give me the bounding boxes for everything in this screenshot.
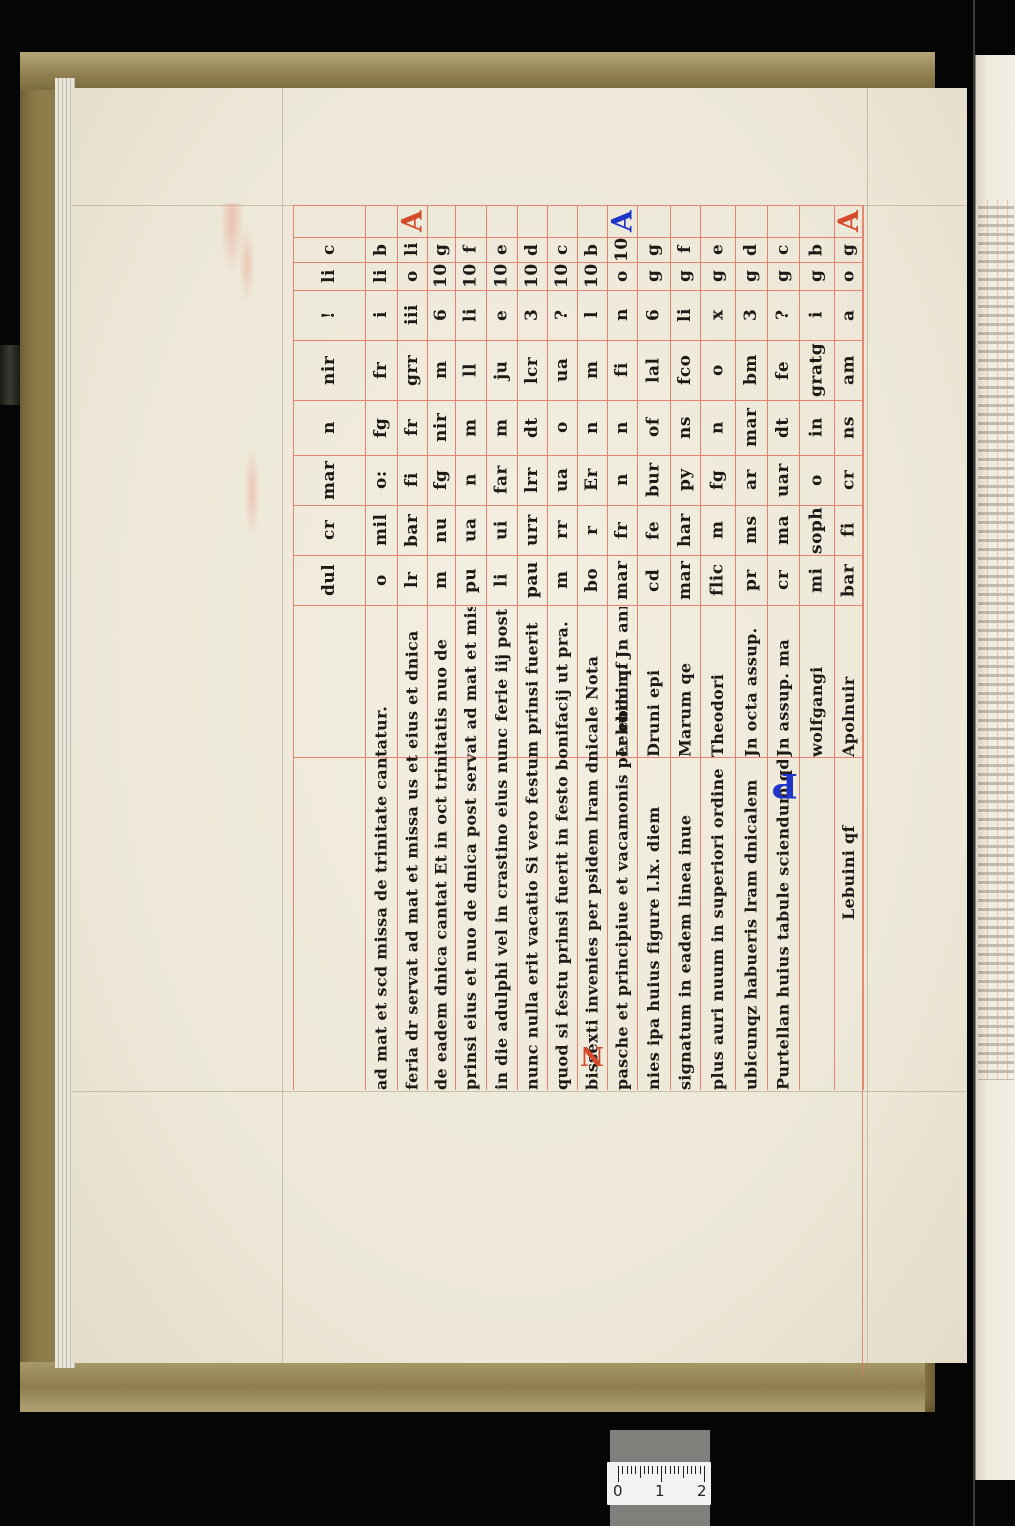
- ruler-tick: [618, 1466, 619, 1482]
- ruler-tick: [691, 1466, 692, 1474]
- table-cell: fe: [767, 340, 799, 400]
- table-cell: g: [735, 262, 767, 290]
- table-cell: mar: [670, 555, 700, 605]
- bleed-through-red: [202, 203, 302, 543]
- table-cell: pr: [735, 555, 767, 605]
- table-cell: e: [486, 290, 517, 340]
- prose-line: ubicunqz habueris lram dnicalem: [735, 760, 767, 1090]
- table-cell: cr: [293, 505, 365, 555]
- table-cell: c: [293, 237, 365, 262]
- table-cell: fe: [637, 505, 670, 555]
- calendar-table: Agoaamnscrfibarbgigratginosophmicg?fedtu…: [293, 205, 863, 1090]
- feast-entry: Druni epi: [637, 607, 670, 757]
- table-cell: ma: [767, 505, 799, 555]
- table-cell: soph: [799, 505, 834, 555]
- table-cell: mi: [799, 555, 834, 605]
- table-cell: 3: [517, 290, 547, 340]
- table-cell: bar: [397, 505, 427, 555]
- binding-top-edge: [20, 52, 935, 90]
- table-cell: fr: [397, 400, 427, 455]
- table-cell: gratg: [799, 340, 834, 400]
- ruler-tick: [631, 1466, 632, 1474]
- table-cell: ui: [486, 505, 517, 555]
- table-cell: 10: [547, 262, 577, 290]
- table-cell: dul: [293, 555, 365, 605]
- table-cell: of: [637, 400, 670, 455]
- table-cell: g: [427, 237, 455, 262]
- table-cell: flic: [700, 555, 735, 605]
- feast-entry: Jn octa assup.: [735, 607, 767, 757]
- prose-line: in die adulphi vel in crastino eius nunc…: [486, 607, 517, 1090]
- table-cell: i: [799, 290, 834, 340]
- grid-line: [293, 400, 863, 401]
- ruler-tick: [683, 1466, 684, 1478]
- table-cell: b: [799, 237, 834, 262]
- table-cell: o: [365, 555, 397, 605]
- table-cell: li: [365, 262, 397, 290]
- ruler-tick: [665, 1466, 666, 1474]
- scale-label-1: 1: [655, 1482, 665, 1500]
- table-cell: iii: [397, 290, 427, 340]
- table-cell: ua: [547, 455, 577, 505]
- table-cell: o: [799, 455, 834, 505]
- table-cell: n: [607, 400, 637, 455]
- table-cell: li: [397, 237, 427, 262]
- ruler-tick: [700, 1466, 701, 1474]
- table-cell: cr: [767, 555, 799, 605]
- ruler-tick: [640, 1466, 641, 1478]
- table-cell: in: [799, 400, 834, 455]
- table-cell: mar: [735, 400, 767, 455]
- ruler-tick: [652, 1466, 653, 1474]
- table-cell: i: [365, 290, 397, 340]
- table-cell: li: [670, 290, 700, 340]
- table-cell: o: [607, 262, 637, 290]
- table-cell: m: [455, 400, 486, 455]
- table-cell: m: [547, 555, 577, 605]
- table-cell: 10: [486, 262, 517, 290]
- table-cell: 10: [577, 262, 607, 290]
- table-cell: x: [700, 290, 735, 340]
- binding-bottom-edge: [20, 1362, 925, 1412]
- table-cell: g: [834, 237, 863, 262]
- table-cell: 10: [607, 237, 637, 262]
- prose-line: ad mat et scd missa de trinitate cantatu…: [365, 607, 397, 1090]
- table-cell: cr: [834, 455, 863, 505]
- scale-label-2: 2: [697, 1482, 707, 1500]
- table-cell: pau: [517, 555, 547, 605]
- table-cell: grr: [397, 340, 427, 400]
- table-cell: o: [397, 262, 427, 290]
- prose-line: nies ipa huius figure l.lx. diem: [637, 760, 670, 1090]
- table-cell: c: [767, 237, 799, 262]
- table-cell: am: [834, 340, 863, 400]
- grid-line: [293, 237, 863, 238]
- table-cell: ju: [486, 340, 517, 400]
- table-cell: g: [637, 237, 670, 262]
- table-cell: 10: [427, 262, 455, 290]
- ruler-tick: [695, 1466, 696, 1474]
- table-cell: har: [670, 505, 700, 555]
- prose-line: plus auri nuum in superiori ordine: [700, 760, 735, 1090]
- table-cell: Er: [577, 455, 607, 505]
- prose-line: quod si festu prinsi fuerit in festo bon…: [547, 607, 577, 1090]
- prose-line: nunc nulla erit vacatio Si vero festum p…: [517, 607, 547, 1090]
- table-cell: g: [670, 262, 700, 290]
- table-cell: m: [427, 340, 455, 400]
- table-cell: f: [455, 237, 486, 262]
- table-cell: mil: [365, 505, 397, 555]
- table-cell: g: [700, 262, 735, 290]
- table-cell: e: [486, 237, 517, 262]
- table-cell: rr: [547, 505, 577, 555]
- table-cell: m: [700, 505, 735, 555]
- table-cell: 3: [735, 290, 767, 340]
- table-cell: r: [577, 505, 607, 555]
- feast-entry: Theodori: [700, 607, 735, 757]
- table-cell: m: [427, 555, 455, 605]
- table-cell: 10: [517, 262, 547, 290]
- table-column: cli!nirnmarcrdul: [293, 205, 365, 1090]
- table-cell: b: [577, 237, 607, 262]
- initial-letter: A: [834, 205, 863, 237]
- table-cell: mar: [293, 455, 365, 505]
- ruler-tick: [627, 1466, 628, 1474]
- table-cell: bm: [735, 340, 767, 400]
- prose-line: prinsi eius et nuo de dnica post servat …: [455, 607, 486, 1090]
- grid-line: [293, 340, 863, 341]
- table-cell: py: [670, 455, 700, 505]
- table-cell: fr: [365, 340, 397, 400]
- table-cell: o: [700, 340, 735, 400]
- table-cell: 10: [455, 262, 486, 290]
- table-cell: bur: [637, 455, 670, 505]
- prose-line: bissexti invenies per psidem lram dnical…: [577, 607, 607, 1090]
- table-cell: lr: [397, 555, 427, 605]
- table-cell: dt: [767, 400, 799, 455]
- prose-line: feria dr servat ad mat et missa us et ei…: [397, 607, 427, 1090]
- table-cell: pu: [455, 555, 486, 605]
- grid-line: [293, 205, 294, 1090]
- ruler-tick: [622, 1466, 623, 1474]
- table-cell: e: [700, 237, 735, 262]
- feast-entry-top: Lebuini qf: [834, 760, 863, 920]
- grid-line: [293, 605, 863, 606]
- table-cell: m: [577, 340, 607, 400]
- table-cell: bar: [834, 555, 863, 605]
- grid-line: [293, 205, 863, 206]
- table-cell: b: [365, 237, 397, 262]
- prose-line: pasche et principiue et vacamonis per eb…: [607, 607, 637, 1090]
- table-cell: ar: [735, 455, 767, 505]
- table-cell: ns: [834, 400, 863, 455]
- table-cell: n: [455, 455, 486, 505]
- ruler-tick: [704, 1466, 705, 1482]
- table-cell: n: [607, 455, 637, 505]
- feast-entry: Jn assup. ma: [767, 607, 799, 757]
- table-cell: fco: [670, 340, 700, 400]
- grid-line: [293, 262, 863, 263]
- prose-line: de eadem dnica cantat Et in oct trinitat…: [427, 607, 455, 1090]
- ruler-tick: [678, 1466, 679, 1474]
- table-cell: g: [767, 262, 799, 290]
- ruling-line: [72, 1091, 967, 1092]
- table-cell: fi: [834, 505, 863, 555]
- facing-page-text: [978, 200, 1014, 1080]
- table-cell: m: [486, 400, 517, 455]
- table-cell: ll: [455, 340, 486, 400]
- ruler-tick: [644, 1466, 645, 1474]
- table-cell: nir: [427, 400, 455, 455]
- ruler-tick: [657, 1466, 658, 1474]
- table-cell: ?: [547, 290, 577, 340]
- grid-line: [293, 290, 863, 291]
- feast-entry: wolfgangi: [799, 607, 834, 757]
- table-cell: li: [455, 290, 486, 340]
- table-cell: nu: [427, 505, 455, 555]
- ruler-tick: [674, 1466, 675, 1474]
- scale-label-0: 0: [613, 1482, 623, 1500]
- table-cell: fi: [607, 340, 637, 400]
- table-cell: urr: [517, 505, 547, 555]
- manuscript-page: Agoaamnscrfibarbgigratginosophmicg?fedtu…: [72, 88, 967, 1363]
- table-cell: lal: [637, 340, 670, 400]
- table-cell: uar: [767, 455, 799, 505]
- table-cell: o: [547, 400, 577, 455]
- table-cell: n: [700, 400, 735, 455]
- table-cell: f: [670, 237, 700, 262]
- ruler-tick: [661, 1466, 662, 1482]
- ruling-line: [867, 88, 868, 1363]
- table-cell: n: [577, 400, 607, 455]
- table-cell: d: [735, 237, 767, 262]
- ruler-tick: [635, 1466, 636, 1474]
- initial-letter: A: [397, 205, 427, 237]
- table-cell: ua: [455, 505, 486, 555]
- table-cell: lrr: [517, 455, 547, 505]
- table-cell: li: [486, 555, 517, 605]
- table-cell: dt: [517, 400, 547, 455]
- glass-plate-edge: [973, 0, 975, 1526]
- table-cell: ms: [735, 505, 767, 555]
- table-cell: g: [799, 262, 834, 290]
- grid-line: [293, 505, 863, 506]
- table-cell: fr: [607, 505, 637, 555]
- table-cell: ns: [670, 400, 700, 455]
- table-cell: l: [577, 290, 607, 340]
- ruler-tick: [648, 1466, 649, 1474]
- prose-line: Purtellan huius tabule sciendum qd: [767, 760, 799, 1090]
- ruler-tick: [670, 1466, 671, 1474]
- table-cell: cd: [637, 555, 670, 605]
- table-cell: ua: [547, 340, 577, 400]
- table-cell: fg: [365, 400, 397, 455]
- table-cell: g: [637, 262, 670, 290]
- scale-ruler: 0 1 2: [607, 1462, 711, 1505]
- table-cell: o: [834, 262, 863, 290]
- ruler-tick: [687, 1466, 688, 1474]
- table-cell: lcr: [517, 340, 547, 400]
- table-cell: !: [293, 290, 365, 340]
- table-cell: 6: [637, 290, 670, 340]
- initial-letter-blue: P: [767, 765, 803, 805]
- initial-letter-red: N: [577, 1037, 607, 1073]
- table-cell: ?: [767, 290, 799, 340]
- table-cell: a: [834, 290, 863, 340]
- table-cell: far: [486, 455, 517, 505]
- table-cell: o:: [365, 455, 397, 505]
- grid-line: [293, 555, 863, 556]
- table-cell: nir: [293, 340, 365, 400]
- table-cell: n: [293, 400, 365, 455]
- table-cell: n: [607, 290, 637, 340]
- prose-line: signatum in eadem linea inue: [670, 760, 700, 1090]
- table-cell: fg: [427, 455, 455, 505]
- table-cell: d: [517, 237, 547, 262]
- grid-line: [863, 205, 864, 1090]
- table-cell: bo: [577, 555, 607, 605]
- feast-entry: Apolnuir: [834, 607, 863, 757]
- table-cell: fg: [700, 455, 735, 505]
- table-cell: li: [293, 262, 365, 290]
- grid-line: [293, 455, 863, 456]
- table-cell: 6: [427, 290, 455, 340]
- initial-letter: A: [607, 205, 637, 237]
- feast-entry: Marum qe: [670, 607, 700, 757]
- table-cell: fi: [397, 455, 427, 505]
- clasp: [0, 345, 20, 405]
- table-cell: c: [547, 237, 577, 262]
- table-cell: mar: [607, 555, 637, 605]
